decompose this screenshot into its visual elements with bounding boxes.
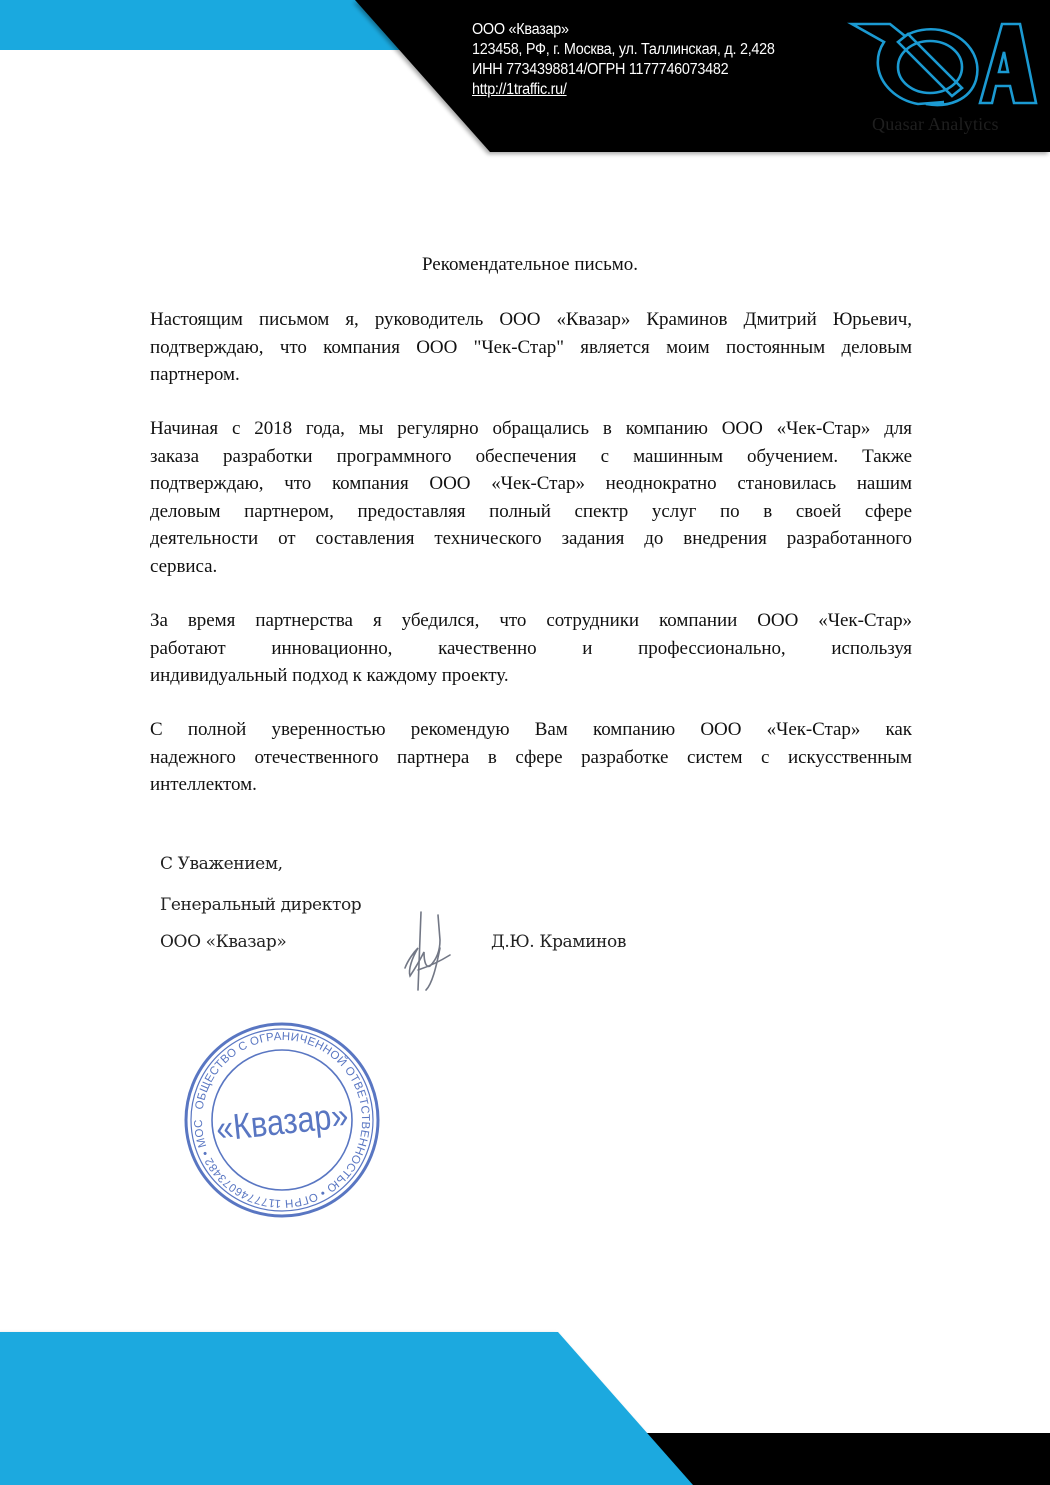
svg-text:ОБЩЕСТВО С ОГРАНИЧЕННОЙ ОТВЕТС: ОБЩЕСТВО С ОГРАНИЧЕННОЙ ОТВЕТСТВЕННОСТЬЮ… [0,0,371,1209]
signature-position: Генеральный директор [160,895,361,915]
signature-company: ООО «Квазар» [160,932,286,952]
text-line: надежного отечественного партнера в сфер… [150,744,912,772]
paragraph-2: Начиная с 2018 года, мы регулярно обраща… [150,415,912,580]
text-line: За время партнерства я убедился, что сот… [150,607,912,635]
footer-blue-panel [0,1332,693,1485]
text-line: деятельности от составления технического… [150,525,912,553]
text-line: подтверждаю, что компания ООО «Чек-Стар»… [150,470,912,498]
stamp-center-text: «Квазар» [214,1096,350,1149]
text-line: деловым партнером, предоставляя полный с… [150,498,912,526]
text-line: интеллектом. [150,771,912,799]
paragraph-1: Настоящим письмом я, руководитель ООО «К… [150,306,912,389]
letterhead-ids: ИНН 7734398814/ОГРН 1177746073482 [472,60,775,80]
text-line: партнером. [150,361,912,389]
text-line: индивидуальный подход к каждому проекту. [150,662,912,690]
footer-black-strip [640,1433,1050,1485]
signature-name: Д.Ю. Краминов [491,932,626,952]
text-line: подтверждаю, что компания ООО "Чек-Стар"… [150,334,912,362]
text-line: С полной уверенностью рекомендую Вам ком… [150,716,912,744]
logo-subtitle: Quasar Analytics [872,114,999,135]
letter-title: Рекомендательное письмо. [0,254,1050,276]
signature-closing: С Уважением, [160,854,283,874]
letterhead-contact-block: ООО «Квазар» 123458, РФ, г. Москва, ул. … [472,20,775,100]
text-line: Настоящим письмом я, руководитель ООО «К… [150,306,912,334]
letterhead-url-link[interactable]: http://1traffic.ru/ [472,80,775,100]
text-line: сервиса. [150,553,912,581]
signature-scribble [405,912,450,990]
stamp-ring-text: ОБЩЕСТВО С ОГРАНИЧЕННОЙ ОТВЕТСТВЕННОСТЬЮ… [0,0,371,1209]
paragraph-4: С полной уверенностью рекомендую Вам ком… [150,716,912,799]
header-blue-band [0,0,420,50]
paragraph-3: За время партнерства я убедился, что сот… [150,607,912,690]
text-line: заказа разработки программного обеспечен… [150,443,912,471]
text-line: Начиная с 2018 года, мы регулярно обраща… [150,415,912,443]
letterhead-company: ООО «Квазар» [472,20,775,40]
letterhead-address: 123458, РФ, г. Москва, ул. Таллинская, д… [472,40,775,60]
text-line: работают инновационно, качественно и про… [150,635,912,663]
